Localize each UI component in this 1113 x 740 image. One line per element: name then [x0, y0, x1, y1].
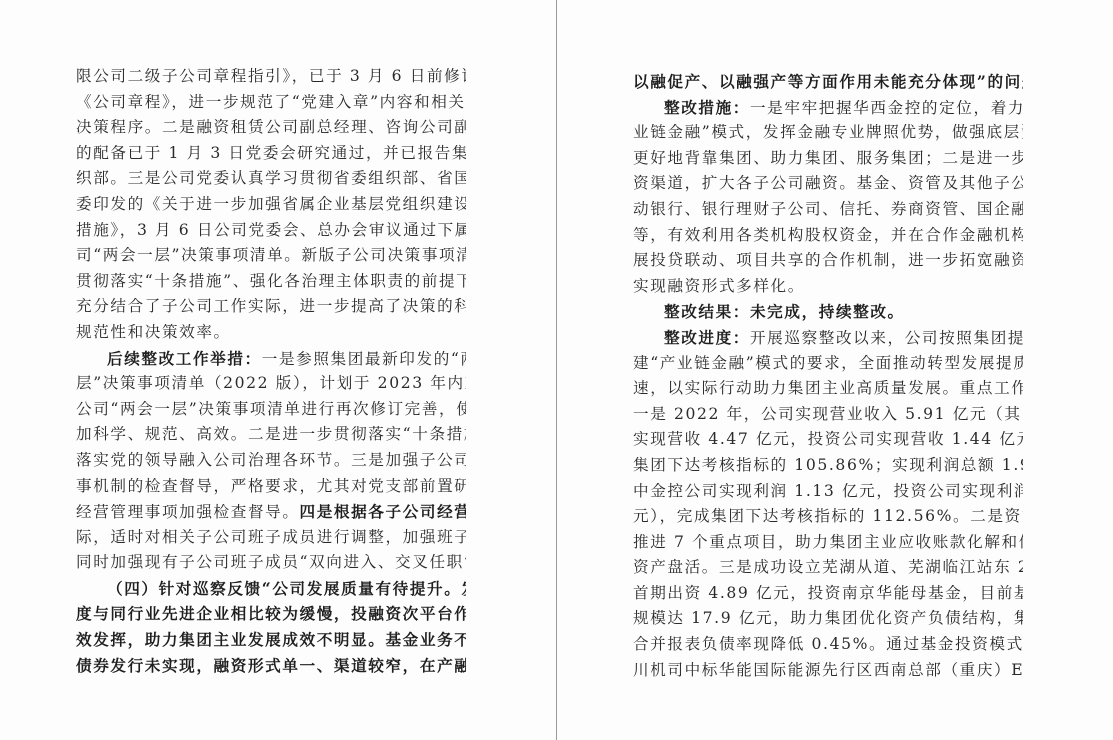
- text-line: 集团下达考核指标的 105.86%；实现利润总额 1.9 亿元（其: [633, 453, 1023, 479]
- progress-first-line: 整改进度：开展巡察整改以来，公司按照集团提出的构: [633, 325, 1023, 351]
- text-line: 一是 2022 年，公司实现营业收入 5.91 亿元（其中金控公司: [633, 402, 1023, 428]
- result-label: 整改结果：: [664, 302, 750, 321]
- text-line: 业链金融”模式，发挥金融专业牌照优势，做强底层资产，: [633, 120, 1023, 146]
- text-line: 规范性和决策效率。: [76, 320, 466, 346]
- text-line: 《公司章程》，进一步规范了“党建入章”内容和相关议事: [76, 90, 466, 116]
- text-line: 度与同行业先进企业相比较为缓慢，投融资次平台作用未有: [76, 601, 466, 627]
- left-page: 限公司二级子公司章程指引》，已于 3 月 6 日前修订完善了 《公司章程》，进一…: [0, 0, 556, 740]
- text-line: 的配备已于 1 月 3 日党委会研究通过，并已报告集团党委组: [76, 141, 466, 167]
- text-line: 充分结合了子公司工作实际，进一步提高了决策的科学性、: [76, 294, 466, 320]
- text-line: 等，有效利用各类机构股权资金，并在合作金融机构之间开: [633, 223, 1023, 249]
- text-line: 资渠道，扩大各子公司融资。基金、资管及其他子公司将联: [633, 171, 1023, 197]
- text-line: 措施》，3 月 6 日公司党委会、总办会审议通过下属 7 家子公: [76, 218, 466, 244]
- measures-label: 整改措施：: [664, 98, 750, 117]
- text-line: 同时加强现有子公司班子成员“双向进入、交叉任职”力度。: [76, 550, 466, 576]
- text-line: 司“两会一层”决策事项清单。新版子公司决策事项清单在: [76, 243, 466, 269]
- progress-label: 整改进度：: [664, 328, 750, 347]
- text-line: 委印发的《关于进一步加强省属企业基层党组织建设的十条: [76, 192, 466, 218]
- measures-first-line: 整改措施：一是牢牢把握华西金控的定位，着力构建“产: [633, 95, 1023, 121]
- text-line: 织部。三是公司党委认真学习贯彻省委组织部、省国资委党: [76, 166, 466, 192]
- text-line: 公司“两会一层”决策事项清单进行再次修订完善，使其更: [76, 397, 466, 423]
- text-line: 中金控公司实现利润 1.13 亿元，投资公司实现利润 0.77 亿: [633, 479, 1023, 505]
- text-line: 资产盘活。三是成功设立芜湖从道、芜湖临江站东 2 只基金；: [633, 555, 1023, 581]
- text-line: 首期出资 4.89 亿元，投资南京华能母基金，目前基金管理: [633, 581, 1023, 607]
- text-line: 动银行、银行理财子公司、信托、券商资管、国企融资平台: [633, 197, 1023, 223]
- text-line: 事机制的检查督导，严格要求，尤其对党支部前置研究重大: [76, 474, 466, 500]
- text-line: 展投贷联动、项目共享的合作机制，进一步拓宽融资渠道，: [633, 248, 1023, 274]
- followup-first-line: 后续整改工作举措：一是参照集团最新印发的“两会一: [76, 346, 466, 372]
- text-line: 建“产业链金融”模式的要求，全面推动转型发展提质、提: [633, 351, 1023, 377]
- text-line: 贯彻落实“十条措施”、强化各治理主体职责的前提下，又: [76, 269, 466, 295]
- text-line: 合并报表负债率现降低 0.45%。通过基金投资模式，助力四: [633, 632, 1023, 658]
- section-four-heading: （四）针对巡察反馈“公司发展质量有待提升。发展速: [76, 576, 466, 602]
- text-line: 速，以实际行动助力集团主业高质量发展。重点工作成效有：: [633, 376, 1023, 402]
- text-line: 推进 7 个重点项目，助力集团主业应收账款化解和低效无效: [633, 530, 1023, 556]
- text-line: 落实党的领导融入公司治理各环节。三是加强子公司决策议: [76, 448, 466, 474]
- text-line: 限公司二级子公司章程指引》，已于 3 月 6 日前修订完善了: [76, 64, 466, 90]
- text-line: 决策程序。二是融资租赁公司副总经理、咨询公司副总经理: [76, 115, 466, 141]
- text-line: 川机司中标华能国际能源先行区西南总部（重庆）EPC 建设: [633, 658, 1023, 684]
- text-line: 实现融资形式多样化。: [633, 274, 1023, 300]
- text-line: 经营管理事项加强检查督导。四是根据各子公司经营发展实: [76, 499, 466, 525]
- section-four-continued: 以融促产、以融强产等方面作用未能充分体现”的问题: [633, 69, 1023, 95]
- left-page-text: 限公司二级子公司章程指引》，已于 3 月 6 日前修订完善了 《公司章程》，进一…: [76, 64, 466, 678]
- followup-heading: 后续整改工作举措：: [107, 349, 262, 368]
- text-line: 债券发行未实现，融资形式单一、渠道较窄，在产融结合、: [76, 653, 466, 679]
- text-line: 元），完成集团下达考核指标的 112.56%。二是资管业务有序: [633, 504, 1023, 530]
- text-line: 层”决策事项清单（2022 版），计划于 2023 年内对公司及子: [76, 371, 466, 397]
- result-line: 整改结果：未完成，持续整改。: [633, 299, 1023, 325]
- text-line: 际，适时对相关子公司班子成员进行调整，加强班子力量，: [76, 525, 466, 551]
- right-page-text: 以融促产、以融强产等方面作用未能充分体现”的问题 整改措施：一是牢牢把握华西金控…: [633, 69, 1023, 683]
- result-value: 未完成，持续整改。: [750, 302, 905, 321]
- text-line: 效发挥，助力集团主业发展成效不明显。基金业务不成熟，: [76, 627, 466, 653]
- text-line: 加科学、规范、高效。二是进一步贯彻落实“十条措施”，: [76, 422, 466, 448]
- text-line: 规模达 17.9 亿元，助力集团优化资产负债结构，集团公司: [633, 606, 1023, 632]
- text-line: 实现营收 4.47 亿元，投资公司实现营收 1.44 亿元），完成: [633, 427, 1023, 453]
- text-line: 更好地背靠集团、助力集团、服务集团；二是进一步拓宽融: [633, 146, 1023, 172]
